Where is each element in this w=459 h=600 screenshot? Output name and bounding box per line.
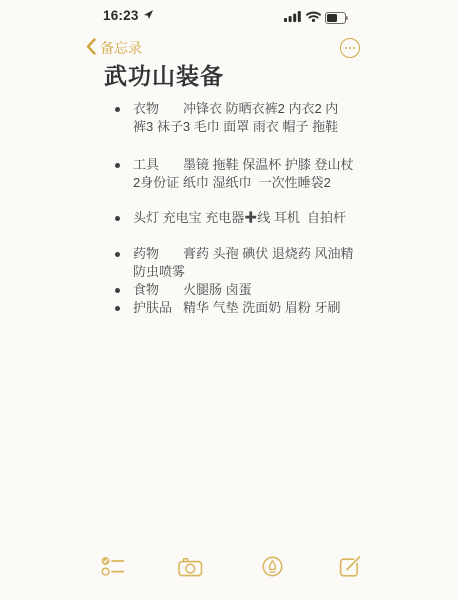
- category-label: 衣物: [133, 100, 183, 118]
- category-label: 工具: [133, 156, 183, 174]
- bullet-icon: [113, 245, 133, 281]
- category-label: 护肤品: [133, 299, 183, 317]
- list-item: 药物膏药 头孢 碘伏 退烧药 风油精 防虫喷雾: [104, 245, 384, 281]
- list-item-line: 衣物冲锋衣 防晒衣裤2 内衣2 内: [133, 100, 384, 118]
- list-item-line: 裤3 袜子3 毛巾 面罩 雨衣 帽子 拖鞋: [133, 118, 384, 136]
- item-text: 火腿肠 卤蛋: [183, 282, 252, 297]
- bullet-icon: [113, 281, 133, 299]
- list-item-line: 药物膏药 头孢 碘伏 退烧药 风油精: [133, 245, 384, 263]
- item-text: 冲锋衣 防晒衣裤2 内衣2 内: [183, 101, 338, 116]
- list-item-line: 2身份证 纸巾 湿纸巾 一次性睡袋2: [133, 174, 384, 192]
- more-options-button[interactable]: [340, 38, 360, 58]
- cellular-signal-icon: [284, 9, 301, 27]
- bullet-icon: [113, 100, 133, 136]
- item-text: 墨镜 拖鞋 保温杯 护膝 登山杖: [183, 157, 353, 172]
- status-bar: 16:23: [0, 6, 459, 28]
- bullet-icon: [113, 156, 133, 192]
- nav-bar: 备忘录: [0, 36, 459, 62]
- back-button[interactable]: 备忘录: [86, 38, 142, 58]
- ellipsis-circle-icon: [345, 47, 355, 49]
- list-item-line: 护肤品精华 气垫 洗面奶 眉粉 牙刷: [133, 299, 384, 317]
- item-text: 精华 气垫 洗面奶 眉粉 牙刷: [183, 300, 340, 315]
- bullet-icon: [113, 209, 133, 227]
- list-item-line: 食物火腿肠 卤蛋: [133, 281, 384, 299]
- bullet-icon: [113, 299, 133, 317]
- status-time-group: 16:23: [103, 6, 154, 25]
- bulleted-list: 衣物冲锋衣 防晒衣裤2 内衣2 内 裤3 袜子3 毛巾 面罩 雨衣 帽子 拖鞋 …: [104, 100, 384, 317]
- back-button-label: 备忘录: [100, 38, 142, 58]
- checklist-button[interactable]: [98, 551, 128, 585]
- category-label: 食物: [133, 281, 183, 299]
- category-label: 药物: [133, 245, 183, 263]
- list-item: 工具墨镜 拖鞋 保温杯 护膝 登山杖 2身份证 纸巾 湿纸巾 一次性睡袋2: [104, 156, 384, 192]
- list-item-line: 防虫喷雾: [133, 263, 384, 281]
- list-item: 衣物冲锋衣 防晒衣裤2 内衣2 内 裤3 袜子3 毛巾 面罩 雨衣 帽子 拖鞋: [104, 100, 384, 136]
- compose-button[interactable]: [335, 551, 365, 585]
- status-icons-group: [284, 9, 346, 27]
- notes-app-screen: 16:23: [0, 0, 459, 600]
- checklist-icon: [101, 556, 125, 580]
- list-item: 护肤品精华 气垫 洗面奶 眉粉 牙刷: [104, 299, 384, 317]
- list-item: 头灯 充电宝 充电器✚线 耳机 自拍杆: [104, 209, 384, 227]
- note-title: 武功山装备: [104, 62, 384, 90]
- compose-icon: [339, 555, 362, 581]
- status-time: 16:23: [103, 8, 139, 23]
- camera-icon: [178, 557, 203, 580]
- list-item: 食物火腿肠 卤蛋: [104, 281, 384, 299]
- location-arrow-icon: [143, 7, 154, 25]
- list-item-line: 头灯 充电宝 充电器✚线 耳机 自拍杆: [133, 209, 384, 227]
- note-content[interactable]: 武功山装备 衣物冲锋衣 防晒衣裤2 内衣2 内 裤3 袜子3 毛巾 面罩 雨衣 …: [104, 60, 384, 317]
- item-text: 膏药 头孢 碘伏 退烧药 风油精: [183, 246, 353, 261]
- chevron-left-icon: [86, 38, 96, 58]
- camera-button[interactable]: [175, 551, 205, 585]
- markup-icon: [261, 555, 284, 581]
- battery-icon: [325, 12, 346, 24]
- markup-button[interactable]: [257, 551, 287, 585]
- bottom-toolbar: [0, 551, 459, 585]
- list-item-line: 工具墨镜 拖鞋 保温杯 护膝 登山杖: [133, 156, 384, 174]
- wifi-icon: [306, 9, 321, 27]
